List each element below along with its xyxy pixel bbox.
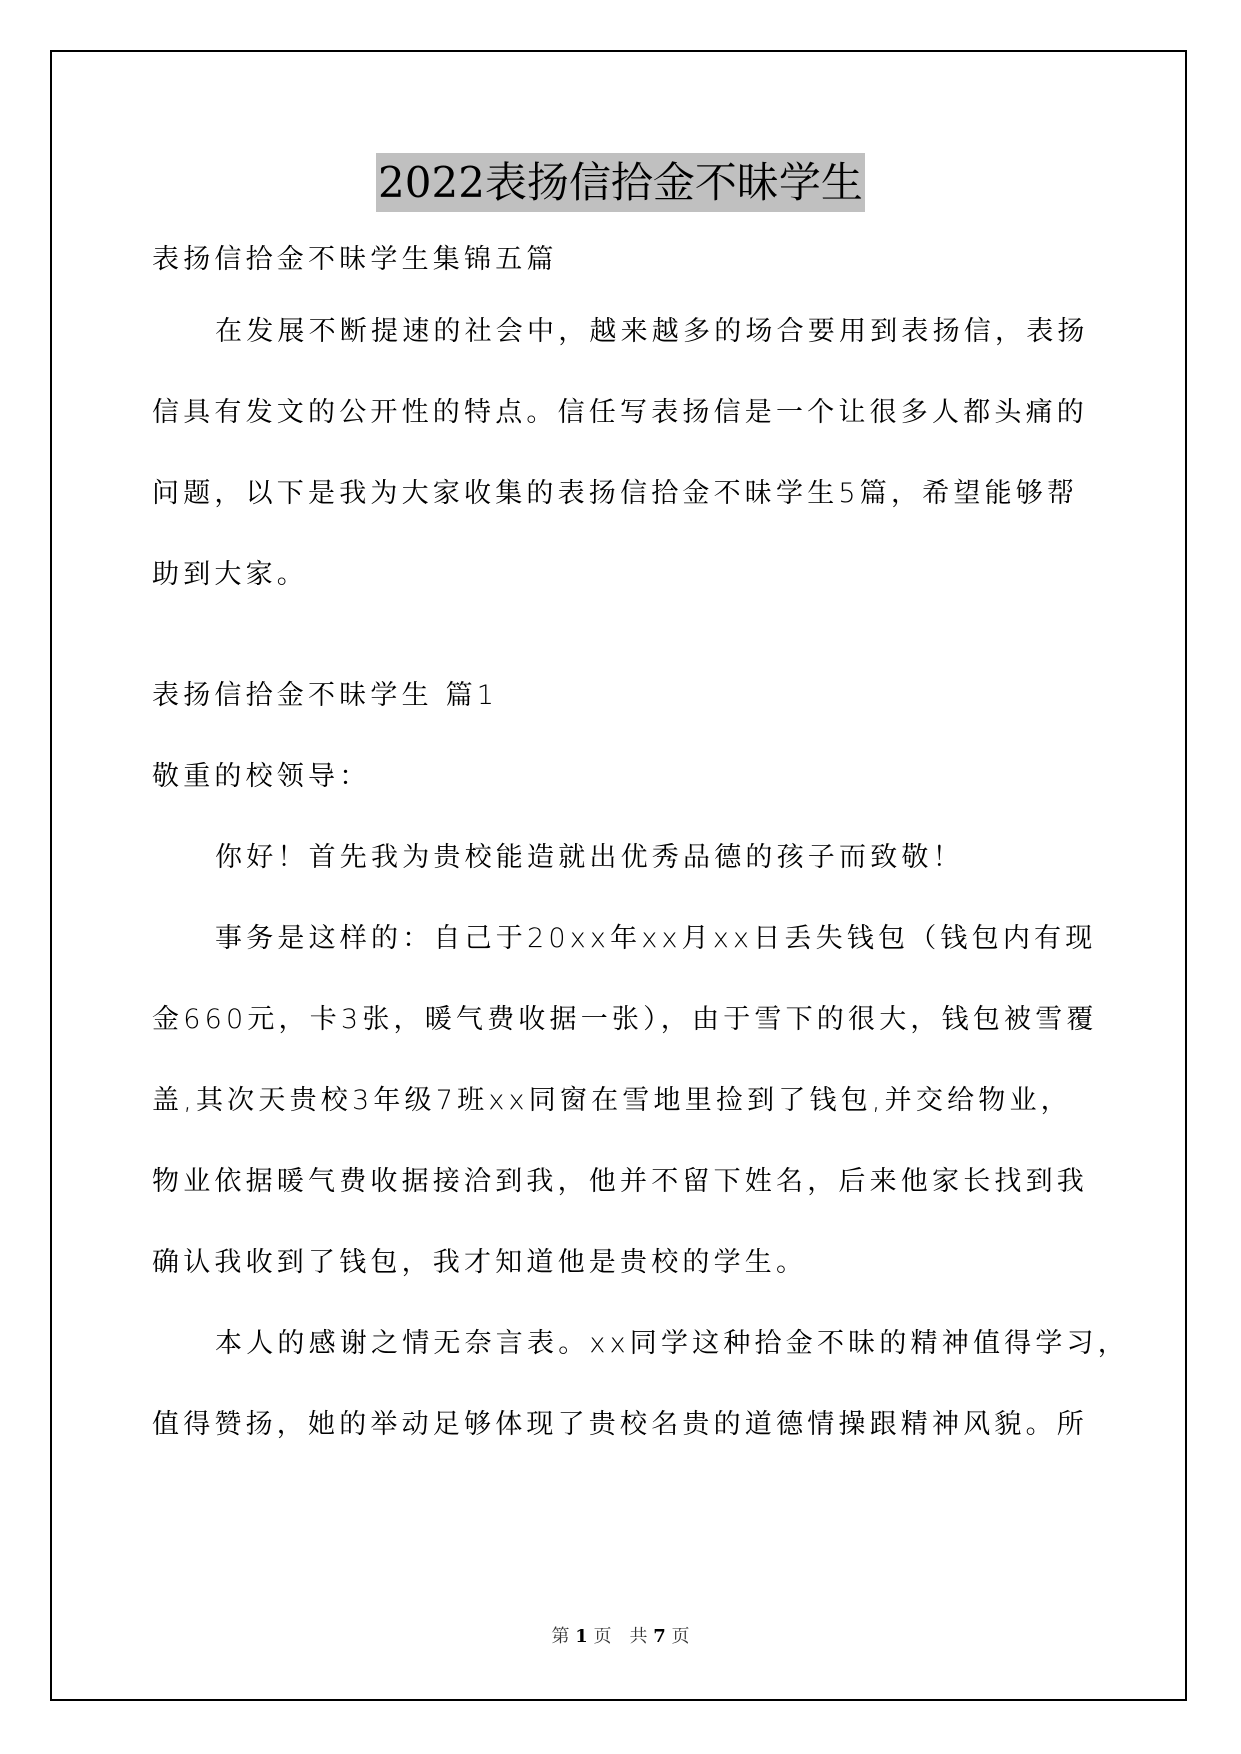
body-line: 盖,其次天贵校3年级7班xx同窗在雪地里捡到了钱包,并交给物业， [152,1081,1092,1121]
section-heading: 表扬信拾金不昧学生 篇1 [152,676,1092,716]
body-line: 你好！首先我为贵校能造就出优秀品德的孩子而致敬！ [215,838,1155,878]
salutation: 敬重的校领导： [152,757,1092,797]
body-line: 值得赞扬，她的举动足够体现了贵校名贵的道德情操跟精神风貌。所 [152,1405,1092,1445]
page-current-number: 1 [575,1626,588,1647]
title-container: 2022表扬信拾金不昧学生 [0,153,1241,212]
intro-line: 问题，以下是我为大家收集的表扬信拾金不昧学生5篇，希望能够帮 [152,474,1092,514]
body-line: 物业依据暖气费收据接洽到我，他并不留下姓名，后来他家长找到我 [152,1162,1092,1202]
body-line: 确认我收到了钱包，我才知道他是贵校的学生。 [152,1243,1092,1283]
intro-line: 助到大家。 [152,555,1092,595]
page-mid: 页 共 [594,1626,648,1647]
document-title: 2022表扬信拾金不昧学生 [376,153,865,212]
body-line: 本人的感谢之情无奈言表。xx同学这种拾金不昧的精神值得学习， [215,1324,1155,1364]
intro-line: 在发展不断提速的社会中，越来越多的场合要用到表扬信，表扬 [215,312,1155,352]
intro-line: 信具有发文的公开性的特点。信任写表扬信是一个让很多人都头痛的 [152,393,1092,433]
page-total-number: 7 [653,1626,666,1647]
body-line: 金660元，卡3张，暖气费收据一张），由于雪下的很大，钱包被雪覆 [152,1000,1092,1040]
page-suffix: 页 [672,1626,690,1647]
page-prefix: 第 [552,1626,570,1647]
document-subtitle: 表扬信拾金不昧学生集锦五篇 [152,240,1092,280]
page-footer: 第 1 页 共 7 页 [0,1622,1241,1648]
body-line: 事务是这样的：自己于20xx年xx月xx日丢失钱包（钱包内有现 [215,919,1155,959]
